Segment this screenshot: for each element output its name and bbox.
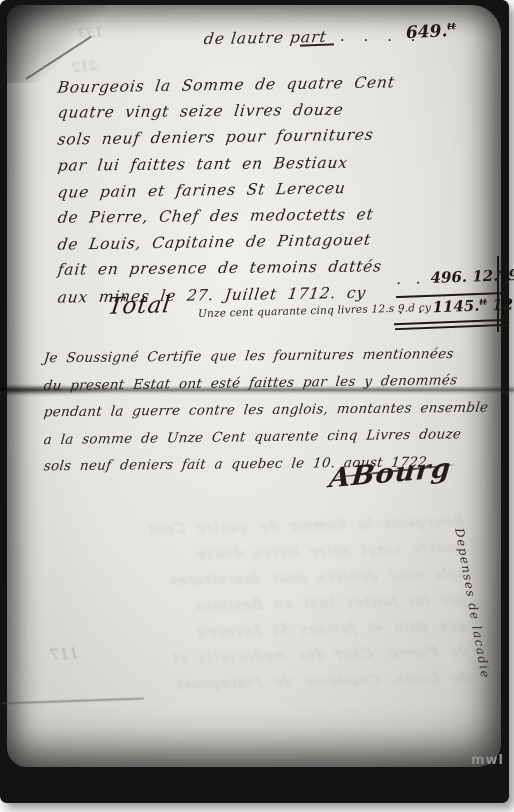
total-amount-dots: . . [398,298,428,317]
amount-column-rule [497,256,499,332]
entry-line: par lui faittes tant en Bestiaux [56,149,396,179]
entry-line: sols neuf deniers pour fournitures [56,122,396,153]
livres-tournois-symbol: tt [447,21,456,32]
total-label: Total [106,292,172,320]
entry-amount-deniers: 9 [508,266,514,284]
entry-amount-sols: 12. [472,267,499,286]
total-amount-sols: 12. [492,295,514,314]
total-amount-livres: 1145. [432,297,480,317]
ghost-number: 133 [78,25,104,42]
livres-tournois-symbol: tt [479,296,487,306]
account-entry-paragraph: Bourgeois la Somme de quatre Cent quatre… [58,72,395,308]
entry-line: fait en presence de temoins dattés [56,254,396,284]
entry-amount-dots: . . [396,269,426,288]
carry-over-amount-value: 649. [406,21,448,43]
ghost-number: 117 [49,644,79,664]
entry-amount-livres: 496. [430,268,467,287]
scanned-document-page: Bourgeois la Somme de quatre Cent quatre… [0,0,514,812]
sols-symbol: s [498,266,503,276]
carry-over-amount: 649.tt [406,21,457,44]
bleed-through-text: Bourgeois la Somme de quatre Cent quatre… [33,507,469,704]
scan-watermark: mwl [471,753,504,768]
